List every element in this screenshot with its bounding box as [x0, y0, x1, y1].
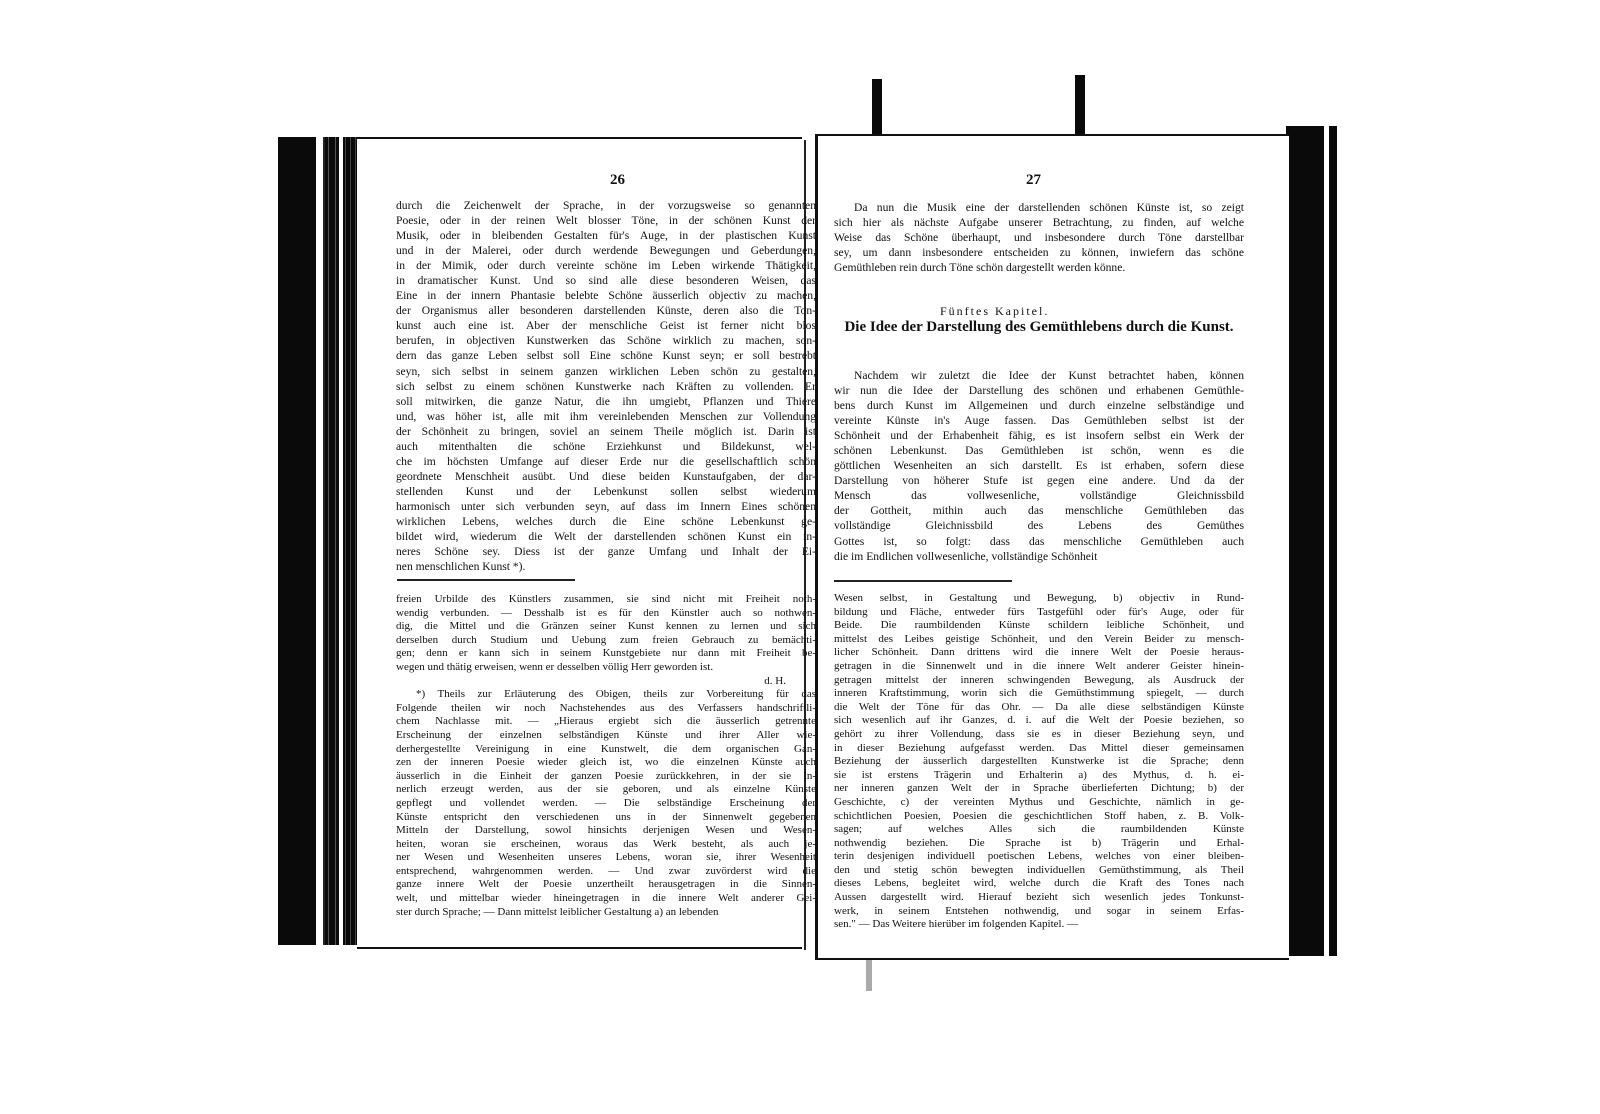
- bookmark-tab: [1075, 75, 1085, 135]
- text-line: chem Nachlasse mit. — „Hieraus ergiebt s…: [396, 715, 816, 729]
- book-page-stack-left: [325, 137, 339, 945]
- text-line: Mensch das vollwesenliche, vollständige …: [834, 488, 1244, 503]
- left-page-footnotes: freien Urbilde des Künstlers zusammen, s…: [396, 593, 816, 919]
- text-line: Poesie, oder in der reinen Welt blosser …: [396, 213, 816, 228]
- book-edge-right: [1286, 126, 1324, 956]
- text-line: inneren Kraftstimmung, worin sich die Ge…: [834, 687, 1244, 701]
- text-line: vereinte Künste in's Auge fassen. Das Ge…: [834, 413, 1244, 428]
- text-line: schichtlichen Poesien, Poesien die gesch…: [834, 810, 1244, 824]
- text-line: getragen in die Sinnenwelt und in die in…: [834, 660, 1244, 674]
- text-line: Darstellung von höherer Stufe ist gegen …: [834, 473, 1244, 488]
- text-line: Nachdem wir zuletzt die Idee der Kunst b…: [834, 368, 1244, 383]
- text-line: Gemüthleben rein durch Töne schön darges…: [834, 260, 1244, 275]
- text-line: ner Wesen und Wesenheiten unseres Lebens…: [396, 851, 816, 865]
- text-line: sich hier als nächste Aufgabe unserer Be…: [834, 215, 1244, 230]
- text-line: berufen, in objectiven Kunstwerken das S…: [396, 333, 816, 348]
- text-line: Weise das Schöne überhaupt, und insbeson…: [834, 230, 1244, 245]
- text-line: Erscheinung der einzelnen selbständigen …: [396, 729, 816, 743]
- text-line: Gottes ist, so folgt: dass das menschlic…: [834, 534, 1244, 549]
- text-line: getragen mittelst der inneren schwingend…: [834, 674, 1244, 688]
- text-line: äusserlich in die Einheit der ganzen Poe…: [396, 770, 816, 784]
- text-line: gepflegt und vollendet werden. — Die sel…: [396, 797, 816, 811]
- text-line: die im Endlichen vollwesenliche, vollstä…: [834, 549, 1244, 564]
- text-line: derhergestellte Vereinigung in eine Kuns…: [396, 743, 816, 757]
- book-page-stack-left-inner: [343, 137, 357, 945]
- text-line: und, was höher ist, alle mit ihm vereinl…: [396, 409, 816, 424]
- text-line: sie ist erstens Trägerin und Erhalterin …: [834, 769, 1244, 783]
- text-line: dieses Lebens, begleitet wird, welche du…: [834, 877, 1244, 891]
- text-line: *) Theils zur Erläuterung des Obigen, th…: [396, 688, 816, 702]
- text-line: ganze innere Welt der Poesie unzertheilt…: [396, 878, 816, 892]
- text-line: der Schönheit zu bringen, soviel an sein…: [396, 424, 816, 439]
- text-line: dern das ganze Leben selbst soll Eine sc…: [396, 348, 816, 363]
- text-line: mittelst des Leibes geistige Schönheit, …: [834, 633, 1244, 647]
- text-line: stellenden Kunst und der Lebenkunst soll…: [396, 484, 816, 499]
- text-line: heiten, woran sie erscheinen, woraus das…: [396, 838, 816, 852]
- text-line: der Gottheit, mithin auch das menschlich…: [834, 503, 1244, 518]
- text-line: Folgende theilen wir noch Nachstehendes …: [396, 702, 816, 716]
- text-line: Schönheit und der Erhabenheit fähig, es …: [834, 428, 1244, 443]
- bookmark-tab: [872, 79, 882, 135]
- text-line: zen der inneren Poesie wieder gleich ist…: [396, 756, 816, 770]
- right-page-footnotes: Wesen selbst, in Gestaltung und Bewegung…: [834, 592, 1244, 932]
- book-edge-left: [278, 137, 316, 945]
- text-line: che im höchsten Umfange auf dieser Erde …: [396, 454, 816, 469]
- text-line: wendig verbunden. — Desshalb ist es für …: [396, 607, 816, 621]
- text-line: Musik, oder in bleibenden Gestalten für'…: [396, 228, 816, 243]
- text-line: ster durch Sprache; — Dann mittelst leib…: [396, 906, 816, 920]
- text-line: Beide. Die raumbildenden Künste schilder…: [834, 619, 1244, 633]
- text-line: Da nun die Musik eine der darstellenden …: [834, 200, 1244, 215]
- text-line: vollständige Gleichnissbild des Lebens d…: [834, 518, 1244, 533]
- text-line: licher Schönheit. Dann drittens wird die…: [834, 646, 1244, 660]
- text-line: sey, um dann insbesondere entscheiden zu…: [834, 245, 1244, 260]
- text-line: gen; denn er kann sich in seinem Kunstge…: [396, 647, 816, 661]
- text-line: der Organismus aller besonderen darstell…: [396, 303, 816, 318]
- text-line: wegen und thätig erweisen, wenn er desse…: [396, 661, 816, 675]
- text-line: harmonisch unter sich verbunden seyn, au…: [396, 499, 816, 514]
- text-line: den und stetig schön bewegten individuel…: [834, 864, 1244, 878]
- footnote-continuation-left: freien Urbilde des Künstlers zusammen, s…: [396, 593, 816, 675]
- footnote-signature: d. H.: [396, 675, 816, 689]
- footnote-divider-left: [397, 579, 575, 581]
- text-line: bens durch Kunst im Allgemeinen und durc…: [834, 398, 1244, 413]
- text-line: schönen Lebenkunst. Das Gemüthleben ist …: [834, 443, 1244, 458]
- text-line: die Welt der Töne für das Ohr. — Da alle…: [834, 701, 1244, 715]
- text-line: neres Schöne sey. Diess ist der ganze Um…: [396, 544, 816, 559]
- text-line: sich wesenlich auf ihr Ganzes, d. i. auf…: [834, 714, 1244, 728]
- text-line: Beziehung der äusserlich dargestellten K…: [834, 755, 1244, 769]
- text-line: nothwendig beziehen. Die Sprache ist b) …: [834, 837, 1244, 851]
- text-line: Mitteln der Darstellung, sowol hinsichts…: [396, 824, 816, 838]
- text-line: dig, die Mittel und die Gränzen seiner K…: [396, 620, 816, 634]
- text-line: Aussen dargestellt wird. Hierauf bezieht…: [834, 891, 1244, 905]
- text-line: kunst auch eine ist. Aber der menschlich…: [396, 318, 816, 333]
- text-line: seyn, sich selbst in seinem ganzen wirkl…: [396, 364, 816, 379]
- text-line: Eine in der innern Phantasie belebte Sch…: [396, 288, 816, 303]
- text-line: sagen; auf welches Alles sich die raumbi…: [834, 823, 1244, 837]
- scan-artifact: [866, 955, 872, 991]
- text-line: bildet wird, wiederum die Welt der darst…: [396, 529, 816, 544]
- text-line: in der Mimik, oder durch vereinte schöne…: [396, 258, 816, 273]
- text-line: gehört zu ihrer Vollendung, dass sie es …: [834, 728, 1244, 742]
- text-line: und in der Malerei, oder durch werdende …: [396, 243, 816, 258]
- right-page-intro: Da nun die Musik eine der darstellenden …: [834, 200, 1244, 275]
- text-line: terin desjenigen individuell poetischen …: [834, 850, 1244, 864]
- text-line: Künste entspricht den verschiedenen uns …: [396, 811, 816, 825]
- page-number-right: 27: [1026, 172, 1041, 189]
- text-line: nen menschlichen Kunst *).: [396, 559, 816, 574]
- footnote-left: *) Theils zur Erläuterung des Obigen, th…: [396, 688, 816, 919]
- text-line: göttlichen Wesenheiten an sich darstellt…: [834, 458, 1244, 473]
- text-line: in dieser Beziehung aufgefasst werden. D…: [834, 742, 1244, 756]
- text-line: derselben durch Studium und Uebung zum f…: [396, 634, 816, 648]
- book-edge-left-gap: [316, 137, 325, 945]
- text-line: nerlich erzeugt werden, aus der sie gebo…: [396, 783, 816, 797]
- text-line: sich selbst zu einem schönen Kunstwerke …: [396, 379, 816, 394]
- text-line: freien Urbilde des Künstlers zusammen, s…: [396, 593, 816, 607]
- text-line: werk, in seinem Entstehen nothwendig, un…: [834, 905, 1244, 919]
- page-number-left: 26: [610, 172, 625, 189]
- text-line: auch mitenthalten die schöne Erziehkunst…: [396, 439, 816, 454]
- chapter-label: Fünftes Kapitel.: [940, 304, 1049, 319]
- text-line: geordnete Menschheit ausübt. Und diese b…: [396, 469, 816, 484]
- book-edge-right-outer: [1329, 126, 1337, 956]
- text-line: wirklichen Lebens, welches durch die Ein…: [396, 514, 816, 529]
- text-line: ner inneren ganzen Welt der in Sprache ü…: [834, 782, 1244, 796]
- chapter-title: Die Idee der Darstellung des Gemüthleben…: [834, 318, 1244, 337]
- text-line: Geschichte, c) der vereinten Mythus und …: [834, 796, 1244, 810]
- text-line: soll mitwirken, die ganze Natur, die ihn…: [396, 394, 816, 409]
- text-line: entsprechend, wahrgenommen werden. — Und…: [396, 865, 816, 879]
- text-line: bildung und Fläche, entweder fürs Tastge…: [834, 606, 1244, 620]
- right-page-body: Nachdem wir zuletzt die Idee der Kunst b…: [834, 368, 1244, 564]
- footnote-divider-right: [834, 580, 1012, 582]
- left-page-body: durch die Zeichenwelt der Sprache, in de…: [396, 198, 816, 574]
- text-line: Wesen selbst, in Gestaltung und Bewegung…: [834, 592, 1244, 606]
- text-line: welt, und mittelbar wieder hineingetrage…: [396, 892, 816, 906]
- text-line: in dramatischer Kunst. Und so sind alle …: [396, 273, 816, 288]
- text-line: durch die Zeichenwelt der Sprache, in de…: [396, 198, 816, 213]
- text-line: wir nun die Idee der Darstellung des sch…: [834, 383, 1244, 398]
- text-line: sen." — Das Weitere hierüber im folgende…: [834, 918, 1244, 932]
